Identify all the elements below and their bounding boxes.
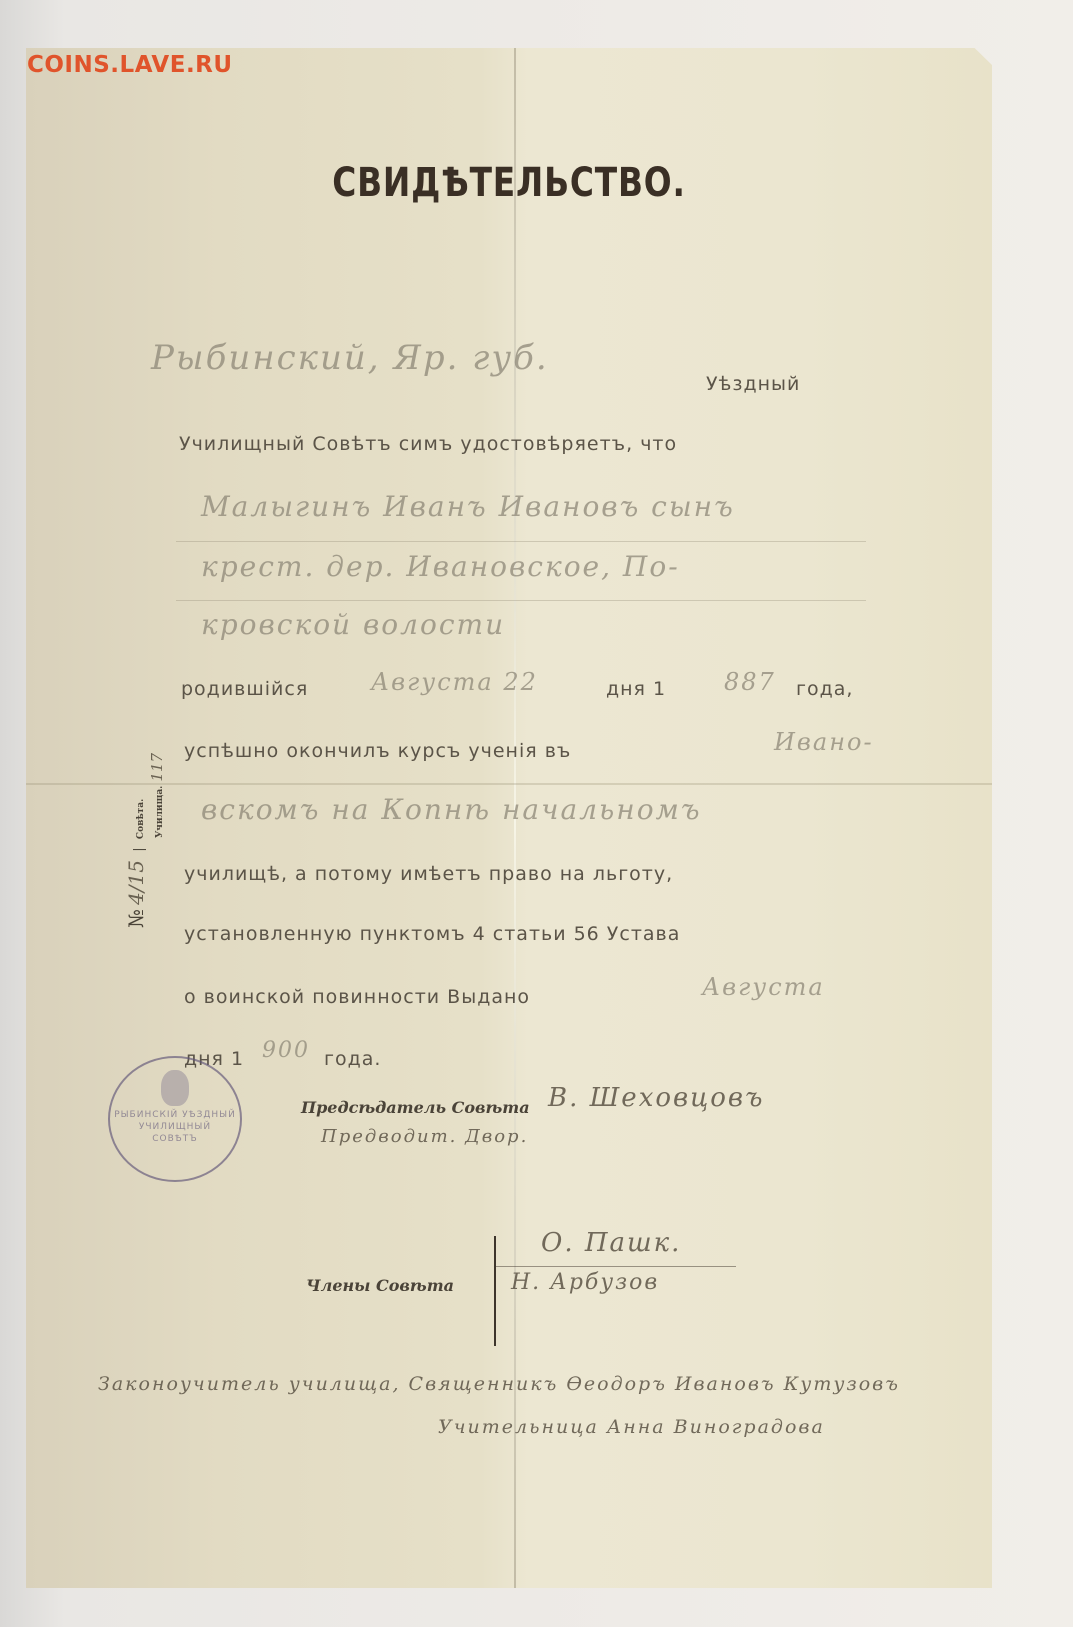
register-number: 4/15 xyxy=(124,860,148,905)
printed-year-end: года. xyxy=(324,1048,381,1070)
printed-school-right: училищѣ, а потому имѣетъ право на льготу… xyxy=(184,863,673,885)
printed-born: родившійся xyxy=(181,678,308,700)
chairman-signature: В. Шеховцовъ xyxy=(548,1083,764,1113)
certificate-paper: СВИДѢТЕЛЬСТВО. Рыбинский, Яр. губ. Уѣздн… xyxy=(26,48,992,1588)
stamp-text-line: СОВѢТЪ xyxy=(110,1134,240,1144)
handwritten-issue-month: Августа xyxy=(702,973,825,1001)
document-title: СВИДѢТЕЛЬСТВО. xyxy=(113,160,905,206)
handwritten-issue-year: 900 xyxy=(262,1038,310,1063)
handwritten-district: Рыбинский, Яр. губ. xyxy=(151,338,549,378)
handwritten-birth-date: Августа 22 xyxy=(371,668,538,696)
printed-day-year-prefix: дня 1 xyxy=(606,678,666,700)
school-number: 117 xyxy=(148,753,166,782)
double-headed-eagle-icon xyxy=(161,1070,189,1106)
chairman-title: Предводит. Двор. xyxy=(321,1126,528,1147)
handwritten-school-name: вскомъ на Копнѣ начальномъ xyxy=(201,793,701,826)
handwritten-student-name: Малыгинъ Иванъ Ивановъ сынъ xyxy=(201,490,735,523)
member-signature-1: О. Пашк. xyxy=(541,1228,681,1258)
handwritten-school-start: Ивано- xyxy=(774,728,874,756)
site-watermark: COINS.LAVE.RU xyxy=(27,52,233,78)
stamp-text-line: УЧИЛИЩНЫЙ xyxy=(110,1122,240,1132)
school-label: Училища. xyxy=(155,786,165,838)
margin-school-number: Училища. 117 xyxy=(148,753,166,838)
chairman-label: Предсѣдатель Совѣта xyxy=(301,1098,530,1117)
margin-register-number: № 4/15 | Совѣта. xyxy=(124,799,148,928)
printed-year-label: года, xyxy=(796,678,853,700)
horizontal-fold xyxy=(26,783,992,785)
handwritten-village: крест. дер. Ивановское, По- xyxy=(201,550,680,583)
member-signature-2: Н. Арбузов xyxy=(511,1270,659,1295)
handwritten-birth-year: 887 xyxy=(724,668,776,696)
printed-statute: установленную пунктомъ 4 статьи 56 Устав… xyxy=(184,923,680,945)
signature-underline xyxy=(496,1266,736,1267)
teacher-note-line-1: Законоучитель училища, Священникъ Өеодор… xyxy=(98,1373,900,1395)
handwritten-volost: кровской волости xyxy=(201,608,505,641)
printed-completed-course: успѣшно окончилъ курсъ ученія въ xyxy=(184,740,571,762)
official-seal-stamp: РЫБИНСКІЙ УѢЗДНЫЙ УЧИЛИЩНЫЙ СОВѢТЪ xyxy=(108,1056,242,1182)
teacher-note-line-2: Учительница Анна Виноградова xyxy=(438,1416,825,1438)
brace-mark xyxy=(494,1236,496,1346)
ruled-line xyxy=(176,541,866,542)
council-label: Совѣта. xyxy=(136,799,146,839)
stamp-text-line: РЫБИНСКІЙ УѢЗДНЫЙ xyxy=(110,1110,240,1120)
members-label: Члены Совѣта xyxy=(306,1276,454,1295)
printed-military-duty: о воинской повинности Выдано xyxy=(184,986,530,1008)
printed-district-label: Уѣздный xyxy=(706,373,800,395)
number-sign: № xyxy=(124,909,148,928)
ruled-line xyxy=(176,600,866,601)
printed-council-certifies: Училищный Совѣтъ симъ удостовѣряетъ, что xyxy=(179,433,677,455)
